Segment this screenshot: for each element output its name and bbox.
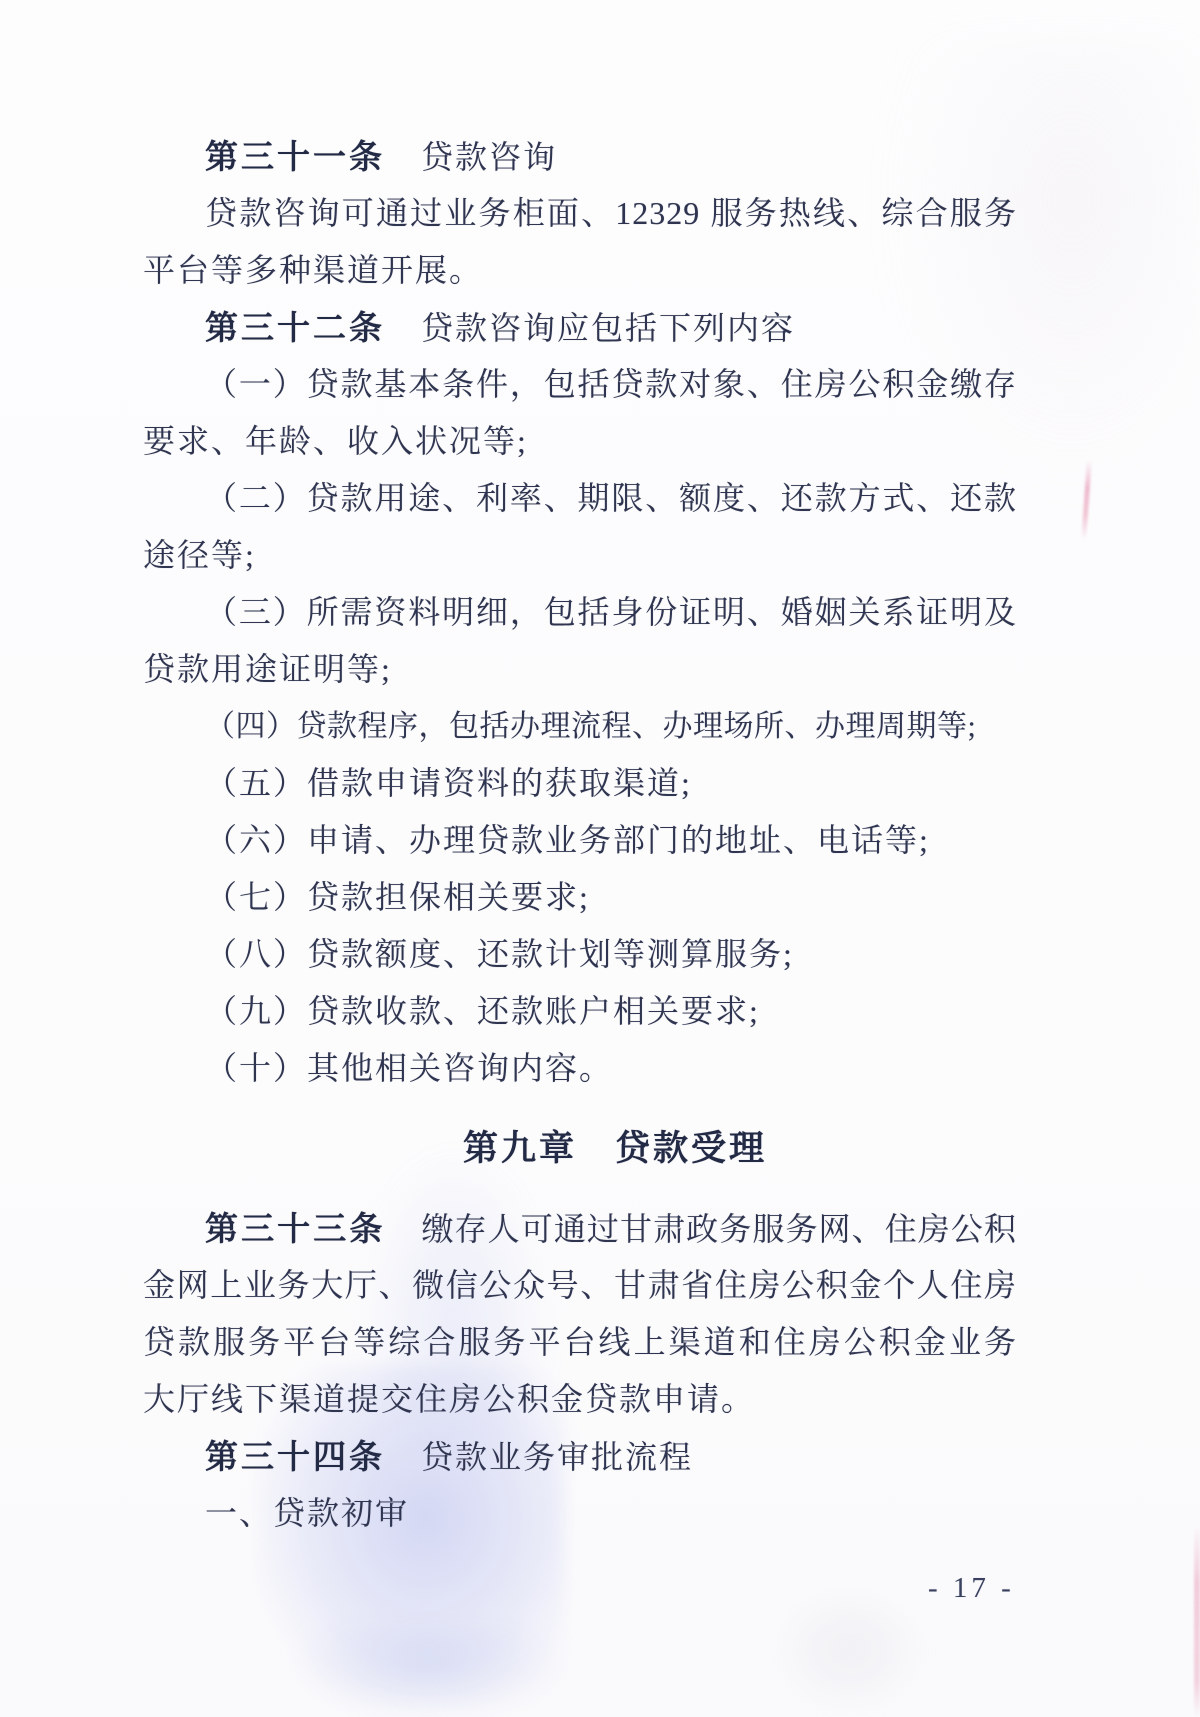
article-32-title-line: 第三十二条贷款咨询应包括下列内容 (143, 299, 1017, 356)
text-line: 贷款用途证明等; (143, 641, 1017, 698)
article-title: 贷款咨询 (421, 139, 557, 175)
chapter-heading: 第九章 贷款受理 (178, 1120, 1052, 1177)
document-body: 第三十一条贷款咨询 贷款咨询可通过业务柜面、12329 服务热线、综合服务 平台… (143, 128, 1017, 1542)
article-33-title-line: 第三十三条缴存人可通过甘肃政务服务网、住房公积 (143, 1200, 1017, 1257)
page-number: - 17 - (928, 1572, 1015, 1605)
text-line: 要求、年龄、收入状况等; (143, 413, 1017, 470)
scanned-document-page: 第三十一条贷款咨询 贷款咨询可通过业务柜面、12329 服务热线、综合服务 平台… (0, 0, 1200, 1717)
scan-pink-edge-line (1194, 1525, 1200, 1717)
article-34-title-line: 第三十四条贷款业务审批流程 (143, 1428, 1017, 1485)
article-title: 贷款业务审批流程 (421, 1439, 693, 1475)
text-line: 贷款咨询可通过业务柜面、12329 服务热线、综合服务 (143, 185, 1017, 242)
list-item-line: （九）贷款收款、还款账户相关要求; (143, 983, 1017, 1040)
list-item-line: （八）贷款额度、还款计划等测算服务; (143, 926, 1017, 983)
text-line: 大厅线下渠道提交住房公积金贷款申请。 (143, 1371, 1017, 1428)
list-item-line: （二）贷款用途、利率、期限、额度、还款方式、还款 (143, 470, 1017, 527)
text-line: 贷款服务平台等综合服务平台线上渠道和住房公积金业务 (143, 1314, 1017, 1371)
article-number: 第三十二条 (205, 309, 385, 346)
list-item-line: （十）其他相关咨询内容。 (143, 1040, 1017, 1097)
list-item-line: （六）申请、办理贷款业务部门的地址、电话等; (143, 812, 1017, 869)
article-number: 第三十一条 (205, 138, 385, 175)
scan-grey-smudge (770, 1585, 930, 1715)
text-line: 途径等; (143, 527, 1017, 584)
article-number: 第三十三条 (205, 1210, 385, 1247)
scan-lavender-smudge-lower (290, 1625, 570, 1717)
text-line: 一、贷款初审 (143, 1485, 1017, 1542)
list-item-line: （三）所需资料明细，包括身份证明、婚姻关系证明及 (143, 584, 1017, 641)
list-item-line: （五）借款申请资料的获取渠道; (143, 755, 1017, 812)
list-item-line: （七）贷款担保相关要求; (143, 869, 1017, 926)
article-number: 第三十四条 (205, 1438, 385, 1475)
article-text: 缴存人可通过甘肃政务服务网、住房公积 (421, 1211, 1017, 1247)
text-line: 平台等多种渠道开展。 (143, 242, 1017, 299)
list-item-line: （一）贷款基本条件，包括贷款对象、住房公积金缴存 (143, 356, 1017, 413)
article-title: 贷款咨询应包括下列内容 (421, 310, 795, 346)
list-item-line: （四）贷款程序，包括办理流程、办理场所、办理周期等; (143, 698, 1017, 755)
scan-pink-mark (1081, 460, 1092, 540)
article-31-title-line: 第三十一条贷款咨询 (143, 128, 1017, 185)
text-line: 金网上业务大厅、微信公众号、甘肃省住房公积金个人住房 (143, 1257, 1017, 1314)
